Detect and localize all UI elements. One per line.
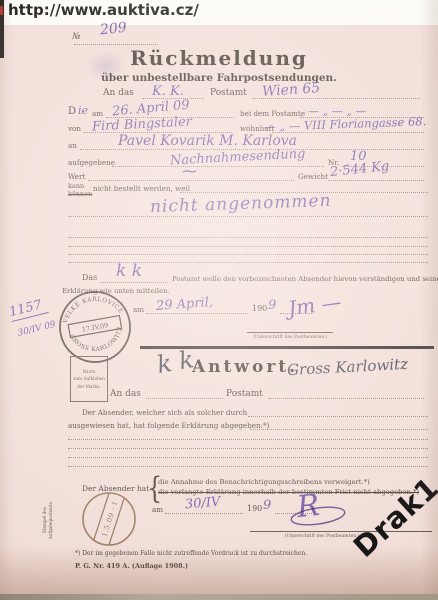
an-das-value-handwritten: K. K.: [152, 85, 184, 98]
reason-handwritten: nicht angenommen: [150, 193, 332, 216]
weil-label: nicht bestellt werden, weil: [93, 185, 190, 192]
bei-dem-postamte-value-handwritten: — „ — „ —: [308, 106, 366, 117]
dotted-line: [68, 448, 428, 449]
bei-dem-postamte-label: bei dem Postamte: [240, 110, 305, 117]
stamp-margin-line1: Stempel des: [42, 507, 47, 533]
declaration-line2: ausgewiesen hat, hat folgende Erklärung …: [68, 422, 270, 429]
dotted-line: [68, 216, 428, 217]
auction-url-text: http://www.auktiva.cz/: [0, 0, 438, 19]
dotted-line: [250, 429, 428, 430]
sender-address-handwritten: — „ — VIII Floriangasse 68.: [264, 116, 427, 133]
dotted-line: [68, 237, 428, 238]
postamt-label: Postamt: [210, 89, 247, 98]
signature-flourish: [288, 505, 348, 527]
option-refused: die Annahme des Benachrichtigungsschreib…: [158, 479, 370, 486]
declaration-line1: Der Absender, welcher sich als solcher d…: [82, 409, 247, 416]
arrival-stamp-date-text: 1.5.09 · I: [100, 501, 119, 538]
dotted-line: [68, 254, 428, 255]
stamp-box-line2: zum Aufkleben: [71, 375, 107, 382]
year-digit-handwritten: 9: [268, 299, 276, 312]
margin-note-date: 30/IV 09: [14, 320, 57, 340]
stamp-margin-line2: Aufgabepostamts.: [48, 501, 53, 539]
antwort-year-digit-handwritten: 9: [263, 499, 271, 512]
scan-edge-red-mark: [0, 6, 3, 15]
stamp-margin-caption: Stempel des Aufgabepostamts.: [42, 493, 55, 547]
stamp-space-box: Raum zum Aufkleben der Marke.: [70, 356, 108, 402]
stamp-box-line1: Raum: [71, 368, 107, 375]
option-no-declaration-struck: die verlangte Erklärung innerhalb der be…: [158, 489, 419, 496]
addressee-handwritten: Pavel Kovarik M. Karlova: [118, 134, 297, 148]
dotted-line: [68, 466, 428, 467]
das-label: Das: [82, 274, 97, 282]
signature-caption-1: (Unterschrift des Postbeamten.): [240, 335, 340, 340]
koennen-label-struck: können: [68, 191, 92, 198]
wert-value-handwritten: ⁓: [182, 164, 197, 179]
signature-line: [247, 332, 333, 333]
sender-name-handwritten: Fird Bingstaler: [92, 115, 193, 133]
footnote: *) Der im gegebenen Falle nicht zutreffe…: [75, 551, 307, 557]
request-date-handwritten: 29 April,: [156, 296, 214, 313]
am-label-request: am: [133, 306, 144, 313]
official-signature-1: Jm —: [287, 291, 343, 318]
d-fill-handwritten: ie: [78, 105, 88, 116]
antwort-year-prefix: 190: [247, 505, 262, 513]
request-line1: Postamt wolle den vorbezeichneten Absend…: [172, 276, 438, 283]
form-number: P. G. Nr. 419 A. (Auflage 1908.): [75, 563, 188, 570]
an-das-label: An das: [103, 89, 134, 98]
dotted-line: [328, 180, 424, 181]
scanned-postal-form: http://www.auktiva.cz/ № 209 Rückmeldung…: [0, 0, 438, 600]
margin-filing-note: 1157 30/IV 09: [7, 292, 57, 341]
dotted-line: [165, 513, 243, 514]
antwort-date-handwritten: 30/IV: [185, 495, 221, 511]
number-label: №: [72, 33, 81, 42]
von-label: von: [68, 125, 81, 132]
antwort-postamt-value-handwritten: Gross Karlowitz: [287, 357, 409, 378]
am-label: am: [92, 110, 103, 117]
dotted-line: [74, 44, 158, 45]
postamt-value-handwritten: Wien 65: [262, 81, 321, 99]
gewicht-label: Gewicht: [298, 173, 328, 180]
antwort-kk-handwritten: k k: [155, 347, 195, 377]
form-title: Rückmeldung: [0, 46, 438, 70]
d-label: D: [68, 107, 76, 117]
kann-label: kann: [68, 183, 84, 190]
dotted-line: [112, 166, 324, 167]
margin-note-number: 1157: [8, 296, 49, 322]
antwort-an-das-label: An das: [110, 390, 141, 399]
dotted-line: [268, 398, 424, 399]
dotted-line: [68, 246, 428, 247]
form-subtitle: über unbestellbare Fahrpostsendungen.: [0, 72, 438, 84]
scan-bottom-edge: [0, 594, 438, 600]
auction-url-watermark-bar: http://www.auktiva.cz/: [0, 0, 438, 25]
dotted-line: [146, 398, 223, 399]
year-prefix: 190: [252, 305, 267, 313]
dotted-line: [68, 439, 428, 440]
dotted-line: [88, 180, 294, 181]
arrival-postmark-stamp: 1.5.09 · I: [80, 490, 138, 548]
dotted-line: [248, 416, 428, 417]
dotted-line: [100, 282, 168, 283]
stamp-box-line3: der Marke.: [71, 383, 107, 390]
antwort-postamt-label: Postamt: [226, 390, 263, 399]
am-label-antwort: am: [152, 506, 163, 513]
an-label: an: [68, 142, 77, 149]
aufgegebene-label: aufgegebene: [68, 159, 115, 166]
dotted-line: [68, 457, 428, 458]
number-value-handwritten: 209: [99, 21, 127, 38]
das-value-handwritten: k k: [116, 263, 142, 280]
wert-label: Wert: [68, 173, 85, 180]
